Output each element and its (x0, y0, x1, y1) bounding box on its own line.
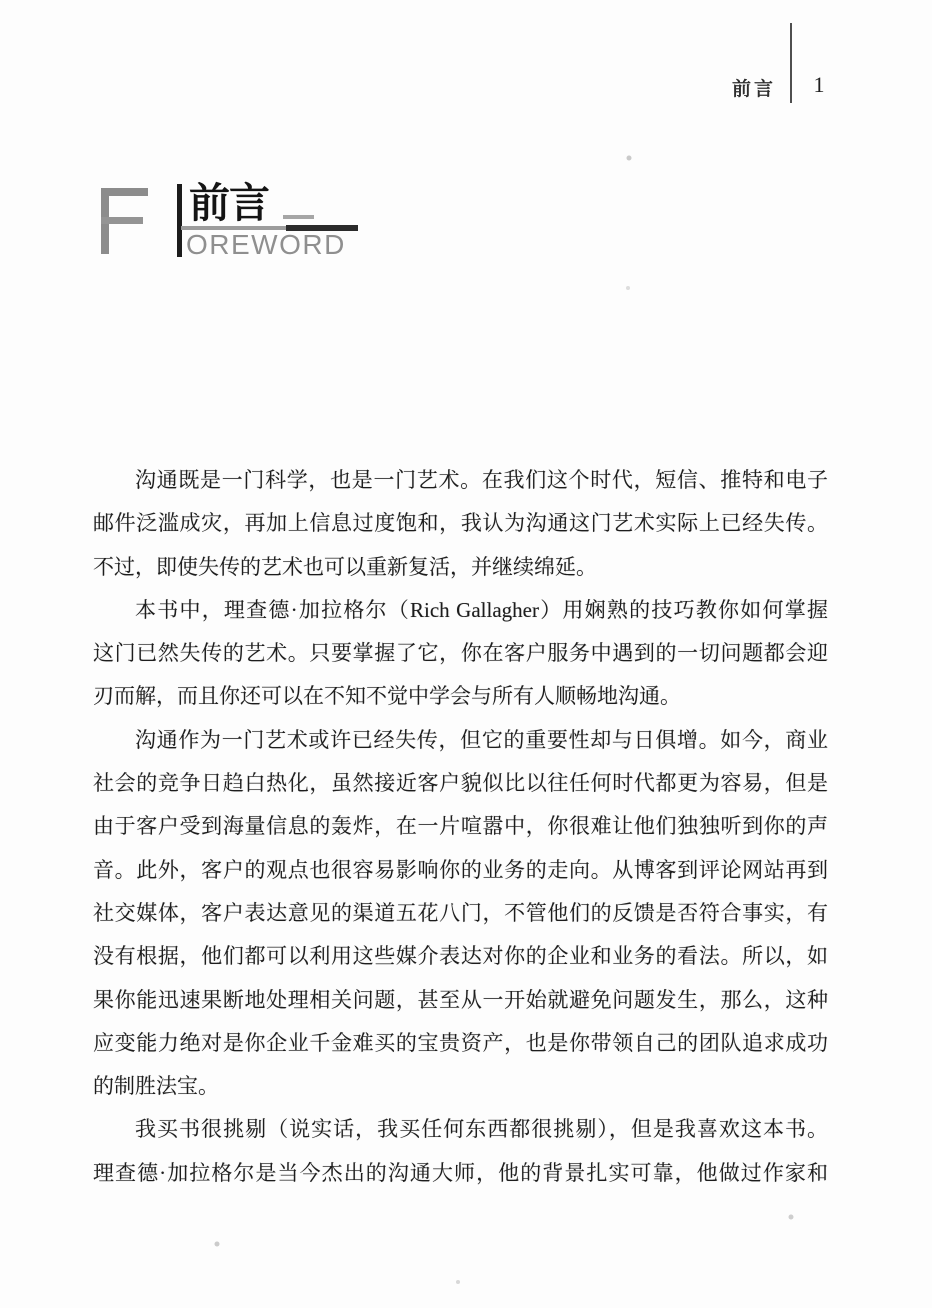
paragraph-2: 本书中，理查德·加拉格尔（Rich Gallagher）用娴熟的技巧教你如何掌握… (93, 589, 828, 719)
paragraph-4: 我买书很挑剔（说实话，我买任何东西都很挑剔），但是我喜欢这本书。 理查德·加拉格… (93, 1108, 828, 1195)
text-line: 理查德·加拉格尔是当今杰出的沟通大师，他的背景扎实可靠，他做过作家和 (93, 1152, 828, 1195)
letter-F-top-arm (101, 188, 148, 196)
header-divider-rule (790, 23, 792, 103)
chapter-title-en: OREWORD (186, 231, 346, 259)
text-line: 邮件泛滥成灾，再加上信息过度饱和，我认为沟通这门艺术实际上已经失传。 (93, 502, 828, 545)
text-line: 我买书很挑剔（说实话，我买任何东西都很挑剔），但是我喜欢这本书。 (93, 1108, 828, 1151)
letter-F-mid-arm (101, 217, 143, 224)
title-underline-dash (283, 215, 314, 219)
title-vertical-bar (177, 184, 182, 257)
text-line: 这门已然失传的艺术。只要掌握了它，你在客户服务中遇到的一切问题都会迎 (93, 632, 828, 675)
scan-speckles (0, 0, 2, 2)
text-line: 沟通既是一门科学，也是一门艺术。在我们这个时代，短信、推特和电子 (93, 459, 828, 502)
paragraph-1: 沟通既是一门科学，也是一门艺术。在我们这个时代，短信、推特和电子 邮件泛滥成灾，… (93, 459, 828, 589)
text-line: 社交媒体，客户表达意见的渠道五花八门，不管他们的反馈是否符合事实，有 (93, 892, 828, 935)
text-line: 果你能迅速果断地处理相关问题，甚至从一开始就避免问题发生，那么，这种 (93, 979, 828, 1022)
header-section-label: 前言 (688, 74, 776, 101)
text-line: 由于客户受到海量信息的轰炸，在一片喧嚣中，你很难让他们独独听到你的声 (93, 805, 828, 848)
text-line: 本书中，理查德·加拉格尔（Rich Gallagher）用娴熟的技巧教你如何掌握 (93, 589, 828, 632)
text-line: 应变能力绝对是你企业千金难买的宝贵资产，也是你带领自己的团队追求成功 (93, 1022, 828, 1065)
book-page: 前言 1 前言 OREWORD 沟通既是一门科学，也是一门艺术。在我们这个时代，… (0, 0, 932, 1308)
chapter-title-cn: 前言 (189, 182, 269, 225)
text-line: 社会的竞争日趋白热化，虽然接近客户貌似比以往任何时代都更为容易，但是 (93, 762, 828, 805)
text-line: 没有根据，他们都可以利用这些媒介表达对你的企业和业务的看法。所以，如 (93, 935, 828, 978)
paragraph-3: 沟通作为一门艺术或许已经失传，但它的重要性却与日俱增。如今，商业 社会的竞争日趋… (93, 719, 828, 1109)
text-line: 的制胜法宝。 (93, 1065, 828, 1108)
text-line: 不过，即使失传的艺术也可以重新复活，并继续绵延。 (93, 546, 828, 589)
text-line: 音。此外，客户的观点也很容易影响你的业务的走向。从博客到评论网站再到 (93, 849, 828, 892)
text-line: 刃而解，而且你还可以在不知不觉中学会与所有人顺畅地沟通。 (93, 675, 828, 718)
header-page-number: 1 (802, 72, 836, 98)
foreword-text: 沟通既是一门科学，也是一门艺术。在我们这个时代，短信、推特和电子 邮件泛滥成灾，… (93, 459, 828, 1195)
text-line: 沟通作为一门艺术或许已经失传，但它的重要性却与日俱增。如今，商业 (93, 719, 828, 762)
